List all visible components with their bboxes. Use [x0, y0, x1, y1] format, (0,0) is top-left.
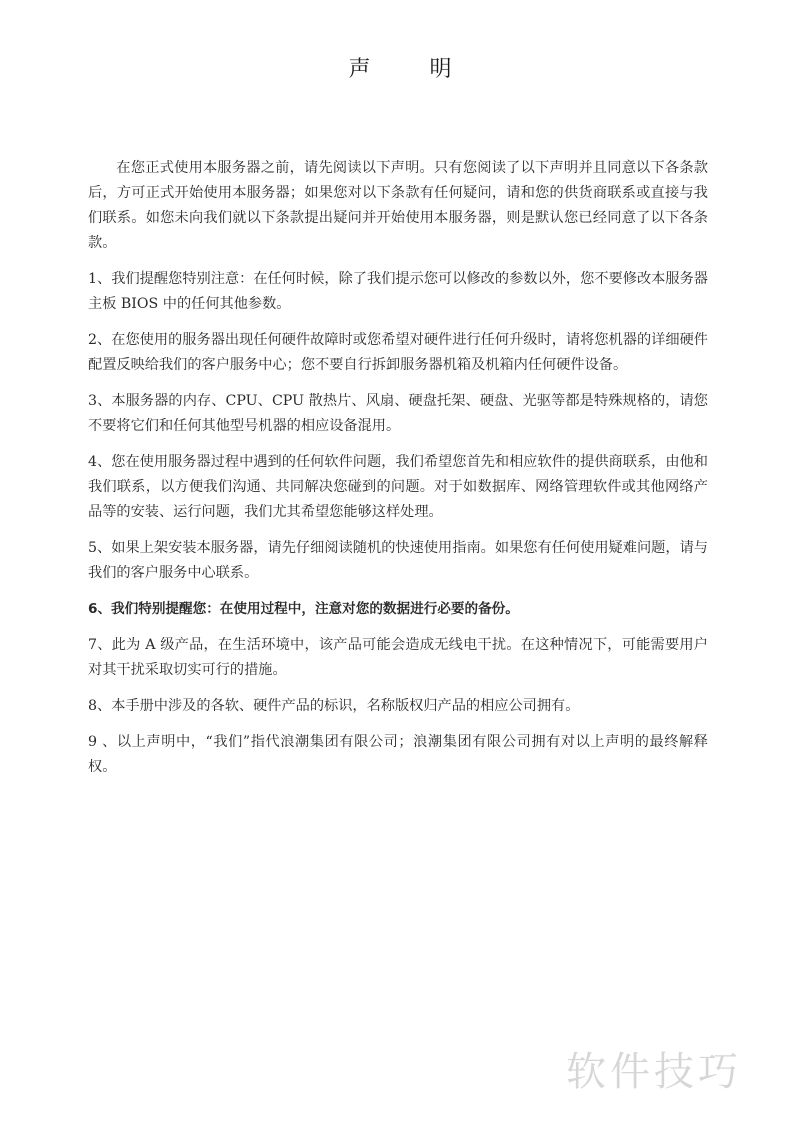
clause-3: 3、本服务器的内存、CPU、CPU 散热片、风扇、硬盘托架、硬盘、光驱等都是特殊… — [88, 389, 708, 439]
clause-1: 1、我们提醒您特别注意：在任何时候，除了我们提示您可以修改的参数以外，您不要修改… — [88, 267, 708, 317]
clause-9: 9 、以上声明中，“我们”指代浪潮集团有限公司；浪潮集团有限公司拥有对以上声明的… — [88, 730, 708, 780]
intro-paragraph: 在您正式使用本服务器之前，请先阅读以下声明。只有您阅读了以下声明并且同意以下各条… — [88, 156, 708, 256]
clause-8: 8、本手册中涉及的各软、硬件产品的标识，名称版权归产品的相应公司拥有。 — [88, 694, 708, 719]
watermark: 软件技巧 — [566, 1040, 742, 1097]
page-title: 声 明 — [0, 52, 800, 83]
clause-2: 2、在您使用的服务器出现任何硬件故障时或您希望对硬件进行任何升级时，请将您机器的… — [88, 328, 708, 378]
clause-6-bold-warning: 6、我们特别提醒您：在使用过程中，注意对您的数据进行必要的备份。 — [88, 597, 708, 622]
clause-7: 7、此为 A 级产品，在生活环境中，该产品可能会造成无线电干扰。在这种情况下，可… — [88, 633, 708, 683]
title-char-1: 声 — [348, 52, 370, 83]
document-body: 在您正式使用本服务器之前，请先阅读以下声明。只有您阅读了以下声明并且同意以下各条… — [88, 156, 708, 791]
clause-5: 5、如果上架安装本服务器，请先仔细阅读随机的快速使用指南。如果您有任何使用疑难问… — [88, 536, 708, 586]
clause-4: 4、您在使用服务器过程中遇到的任何软件问题，我们希望您首先和相应软件的提供商联系… — [88, 450, 708, 525]
title-char-2: 明 — [430, 52, 452, 83]
